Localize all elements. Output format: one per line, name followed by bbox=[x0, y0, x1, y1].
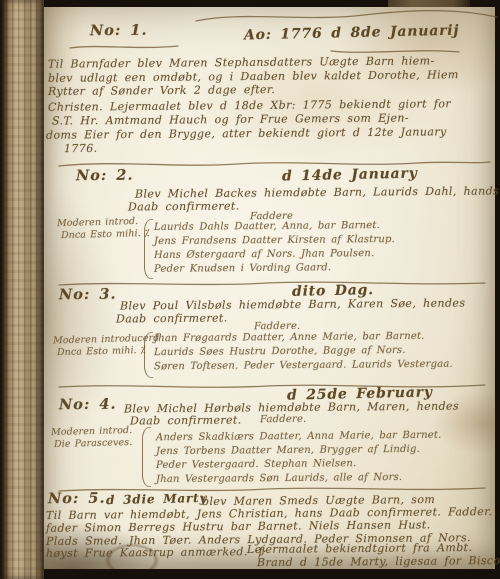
godparent-line: Jens Torbens Daatter Maren, Brygger af L… bbox=[156, 444, 420, 458]
godparent-line: Jhan Frøgaards Daatter, Anne Marie, bar … bbox=[154, 331, 425, 345]
godparent-line: Anders Skadkiærs Daatter, Anna Marie, ba… bbox=[156, 430, 442, 444]
register-page: No: 1. Ao: 1776 d 8de Januarij Til Barnf… bbox=[44, 7, 495, 569]
godparent-line: Laurids Dahls Daatter, Anna, bar Barnet. bbox=[154, 220, 380, 234]
godparents-bracket bbox=[144, 219, 153, 279]
entry-body-line: Blev Poul Vilsbøls hiemdøbte Barn, Karen… bbox=[120, 297, 465, 312]
margin-note: Dnca Esto mihi. ⁒ bbox=[61, 228, 150, 242]
entry-number: No: 5. bbox=[48, 493, 106, 506]
entry-number: No: 4. bbox=[59, 399, 117, 412]
year-heading: Ao: 1776 d 8de Januarij bbox=[244, 25, 460, 42]
entry-date-heading: d 14de January bbox=[282, 167, 418, 182]
godparents-bracket bbox=[144, 332, 153, 378]
margin-note: Dnca Esto mihi. ⁒ bbox=[57, 345, 146, 359]
godparent-line: Jens Frandsens Daatter Kirsten af Klastr… bbox=[154, 234, 395, 248]
entry-line: doms Eier for den Brygge, atter bekiendt… bbox=[46, 126, 447, 141]
book-top-edge bbox=[388, 0, 470, 7]
entry-line: 1776. bbox=[64, 143, 98, 155]
flourish-divider bbox=[57, 279, 487, 289]
godparent-line: Søren Toftesen. Peder Vestergaard. Lauri… bbox=[154, 359, 453, 374]
entry-line: Brand d 15de Marty, ligesaa for Biscope. bbox=[257, 555, 500, 569]
godparent-line: Peder Knudsen i Vording Gaard. bbox=[154, 262, 331, 276]
godparents-label: Faddere. bbox=[260, 414, 307, 426]
flourish-divider bbox=[194, 8, 499, 24]
entry-body-line: Daab confirmeret. bbox=[130, 415, 242, 428]
godparent-line: Peder Vestergaard. Stephan Nielsen. bbox=[156, 458, 356, 472]
entry-line: Rytter af Sønder Vork 2 dage efter. bbox=[48, 84, 275, 98]
godparent-line: Hans Østergaard af Nors. Jhan Poulsen. bbox=[154, 248, 374, 262]
entry-body-line: Blev Michel Backes hiemdøbte Barn, Lauri… bbox=[135, 185, 499, 200]
godparents-bracket bbox=[142, 427, 151, 487]
entry-number: No: 3. bbox=[59, 289, 117, 302]
entry-date-heading: dito Dag. bbox=[292, 284, 374, 298]
godparent-line: Laurids Søes Hustru Dorothe, Bagge af No… bbox=[154, 345, 406, 359]
godparent-line: Jhan Vestergaards Søn Laurids, alle af N… bbox=[156, 472, 402, 486]
margin-note: Die Parasceves. bbox=[54, 437, 133, 451]
entry-number: No: 1. bbox=[90, 25, 148, 38]
entry-date-heading: d 3die Marty bbox=[106, 492, 207, 506]
entry-number: No: 2. bbox=[76, 170, 134, 183]
entry-line: høyst Frue Kaastrup anmærked. ·f· bbox=[46, 546, 267, 560]
entry-body-line: Daab confirmeret. bbox=[116, 313, 228, 326]
flourish-underline bbox=[68, 43, 180, 51]
entry-body-line: Daab confirmeret. bbox=[128, 201, 240, 214]
manuscript-photo: No: 1. Ao: 1776 d 8de Januarij Til Barnf… bbox=[0, 0, 500, 579]
book-binding-edge bbox=[0, 0, 44, 579]
